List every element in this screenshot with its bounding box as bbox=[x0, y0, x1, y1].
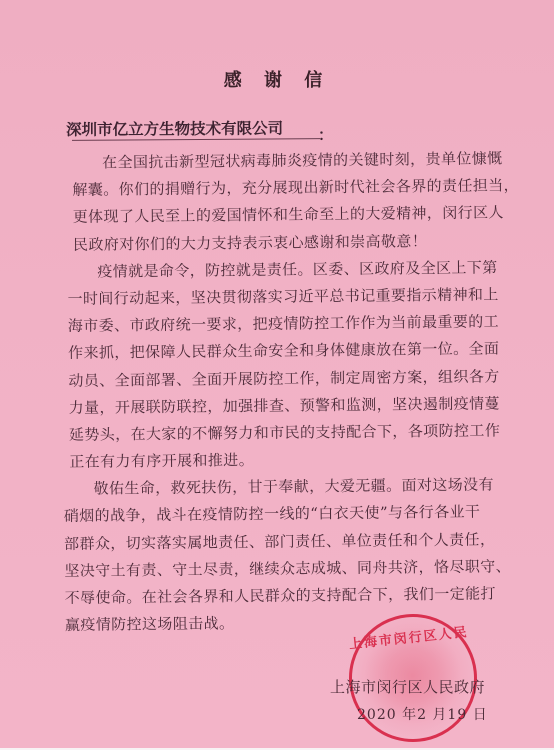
text-line: 作来抓，把保障人民群众生命安全和身体健康放在第一位。全面 bbox=[62, 336, 482, 368]
recipient-colon: ： bbox=[318, 124, 333, 145]
text-line: 不辱使命。在社会各界和人民群众的支持配合下，我们一定能打 bbox=[65, 581, 485, 613]
recipient-name: 深圳市亿立方生物技术有限公司 bbox=[66, 116, 283, 140]
text-line: 延势头，在大家的不懈努力和市民的支持配合下，各项防控工作 bbox=[63, 417, 483, 449]
text-line: 动员、全面部署、全面开展防控工作，制定周密方案，组织各方 bbox=[62, 363, 482, 395]
signature: 上海市闵行区人民政府 bbox=[330, 676, 485, 697]
letter-date: 2020 年2 月19 日 bbox=[357, 704, 488, 724]
text-line: 疫情就是命令，防控就是责任。区委、区政府及全区上下第 bbox=[61, 254, 481, 286]
text-line: 在全国抗击新型冠状病毒肺炎疫情的关键时刻，贵单位慷慨 bbox=[60, 146, 480, 178]
text-line: 硝烟的战争，战斗在疫情防控一线的“白衣天使”与各行各业干 bbox=[64, 499, 484, 531]
paragraph-2: 疫情就是命令，防控就是责任。区委、区政府及全区上下第 一时间行动起来，坚决贯彻落… bbox=[61, 254, 483, 476]
text-line: 民政府对你们的大力支持表示衷心感谢和崇高敬意！ bbox=[61, 227, 481, 259]
text-line: 力量，开展联防联控，加强排查、预警和监测，坚决遏制疫情蔓 bbox=[63, 390, 483, 422]
paragraph-1: 在全国抗击新型冠状病毒肺炎疫情的关键时刻，贵单位慷慨 解囊。你们的捐赠行为，充分… bbox=[60, 146, 481, 259]
text-line: 部群众，切实落实属地责任、部门责任、单位责任和个人责任， bbox=[64, 526, 484, 558]
letter-body: 在全国抗击新型冠状病毒肺炎疫情的关键时刻，贵单位慷慨 解囊。你们的捐赠行为，充分… bbox=[60, 146, 485, 640]
letter-title: 感 谢 信 bbox=[0, 66, 554, 92]
text-line: 更体现了人民至上的爱国情怀和生命至上的大爱精神，闵行区人 bbox=[61, 200, 481, 232]
